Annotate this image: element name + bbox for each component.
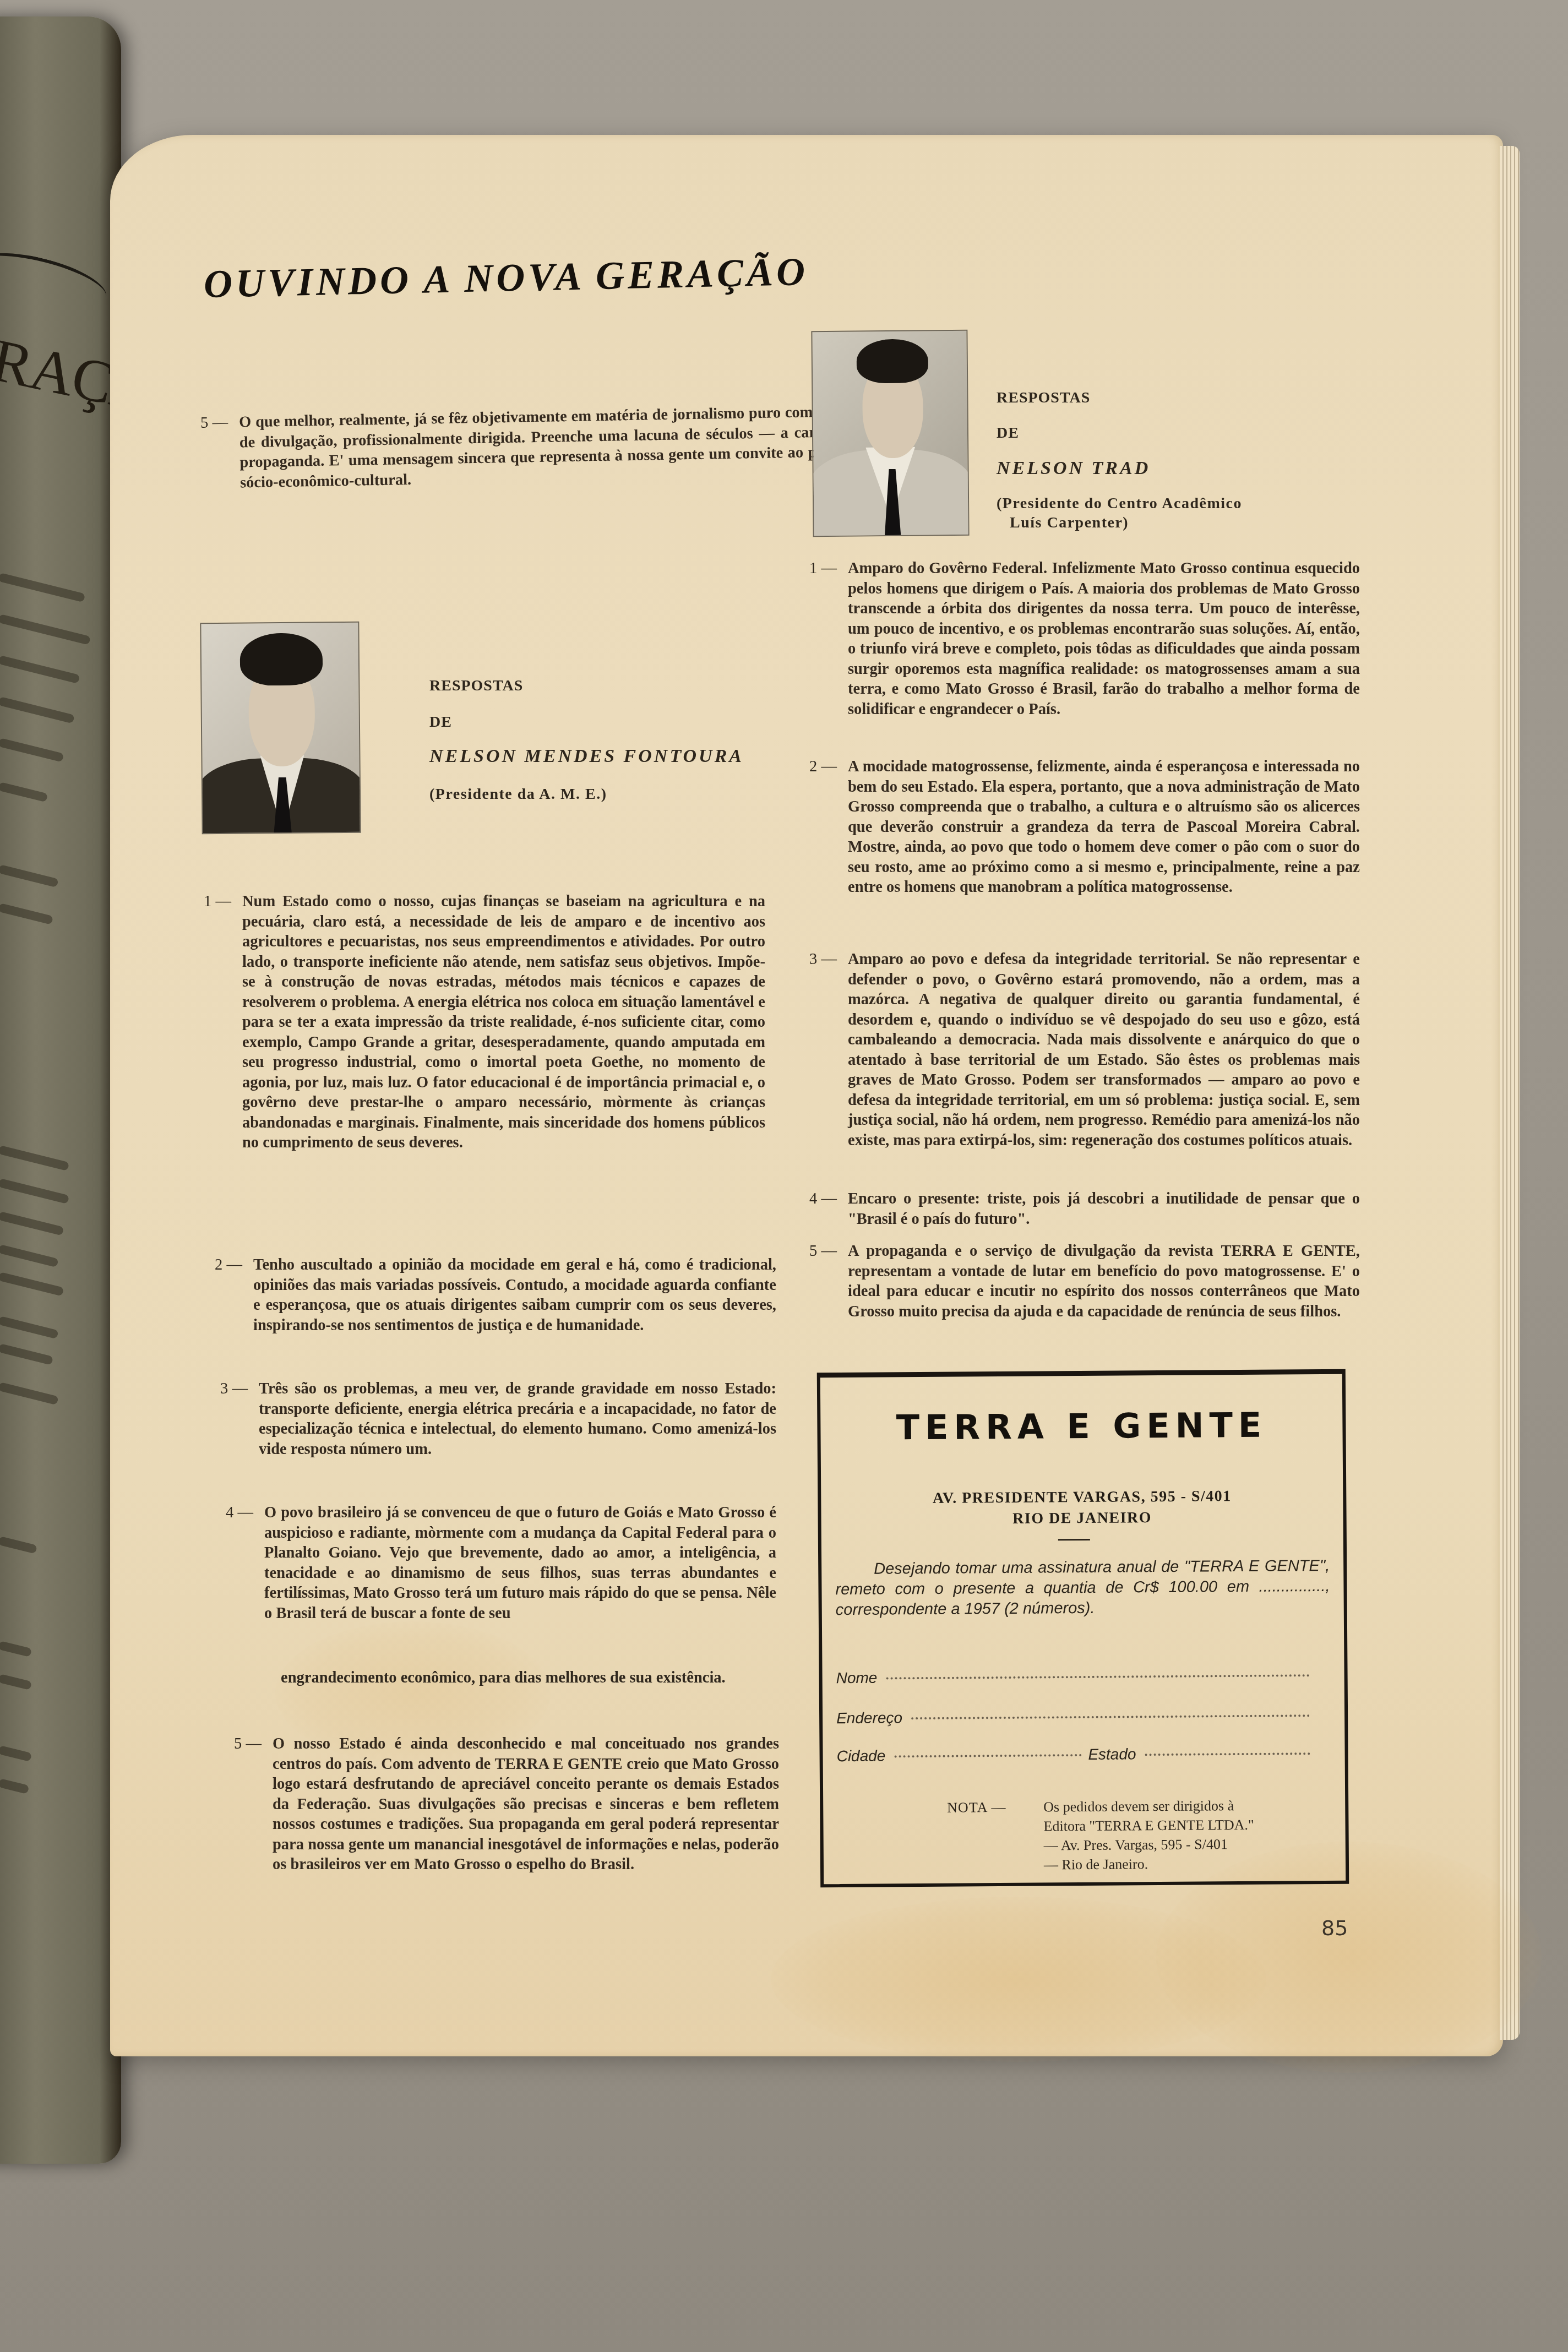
endereco-field[interactable]: Endereço	[836, 1706, 1310, 1727]
answer-number: 4 —	[226, 1503, 264, 1624]
left-page-text-fragment	[0, 1145, 69, 1171]
cidade-label: Cidade	[837, 1747, 886, 1766]
answer-number: 3 —	[220, 1379, 259, 1460]
answer-text: Tenho auscultado a opinião da mocidade e…	[253, 1255, 776, 1336]
cidade-estado-field[interactable]: Cidade Estado	[837, 1744, 1310, 1765]
answer-text: A propaganda e o serviço de divulgação d…	[848, 1242, 1360, 1322]
answer-item: 1 — Num Estado como o nosso, cujas finan…	[204, 892, 765, 1153]
portrait-photo-trad	[811, 330, 969, 537]
left-page-text-fragment	[0, 782, 48, 802]
answer-text: O nosso Estado é ainda desconhecido e ma…	[273, 1734, 779, 1875]
left-page-text-fragment	[0, 1745, 32, 1762]
article-title: OUVINDO A NOVA GERAÇÃO	[203, 249, 809, 307]
left-facing-page: RAÇÃO	[0, 17, 121, 2164]
magazine-brand: TERRA E GENTE	[820, 1404, 1342, 1449]
respondent-name: NELSON MENDES FONTOURA	[429, 746, 744, 767]
de-label: DE	[997, 424, 1019, 442]
estado-blank[interactable]	[1145, 1752, 1310, 1756]
nome-blank[interactable]	[886, 1674, 1309, 1679]
nota-line: — Rio de Janeiro.	[1044, 1853, 1308, 1874]
order-note: NOTA — Os pedidos devem ser dirigidos à …	[947, 1795, 1308, 1875]
left-page-text-fragment	[0, 903, 53, 925]
answer-item: 5 — O nosso Estado é ainda desconhecido …	[234, 1734, 779, 1875]
left-page-text-fragment	[0, 738, 64, 763]
subscription-coupon: TERRA E GENTE AV. PRESIDENTE VARGAS, 595…	[817, 1369, 1349, 1888]
answer-number: 2 —	[215, 1255, 253, 1336]
answer-number: 5 —	[200, 412, 241, 493]
answer-item: 5 — A propaganda e o serviço de divulgaç…	[809, 1242, 1360, 1322]
cidade-blank[interactable]	[894, 1754, 1081, 1757]
nota-line: — Av. Pres. Vargas, 595 - S/401	[1044, 1834, 1308, 1855]
answer-item: 1 — Amparo do Govêrno Federal. Infelizme…	[809, 559, 1360, 720]
article: OUVINDO A NOVA GERAÇÃO 5 — O que melhor,…	[110, 135, 1503, 2056]
estado-label: Estado	[1088, 1745, 1136, 1763]
answer-text: A mocidade matogrossense, felizmente, ai…	[848, 757, 1360, 898]
respostas-label: RESPOSTAS	[997, 389, 1090, 407]
answer-item: 2 — A mocidade matogrossense, felizmente…	[809, 757, 1360, 898]
answer-text: Amparo do Govêrno Federal. Infelizmente …	[848, 559, 1360, 720]
nome-field[interactable]: Nome	[836, 1666, 1310, 1687]
de-label: DE	[429, 714, 452, 731]
answer-number: 1 —	[204, 892, 242, 1153]
respondent-role: (Presidente do Centro Acadêmico	[997, 495, 1242, 513]
nota-line: Os pedidos devem ser dirigidos à	[1043, 1795, 1308, 1816]
answer-number: 1 —	[809, 559, 848, 720]
answer-continuation: engrandecimento econômico, para dias mel…	[281, 1668, 776, 1689]
page-number: 85	[1321, 1916, 1348, 1940]
left-page-text-fragment	[0, 1536, 37, 1554]
left-page-text-fragment	[0, 1178, 69, 1204]
publisher-city: RIO DE JANEIRO	[821, 1508, 1343, 1529]
left-page-text-fragment	[0, 1316, 59, 1339]
nota-label: NOTA —	[947, 1798, 1044, 1875]
respondent-name: NELSON TRAD	[997, 458, 1150, 479]
left-page-text-fragment	[0, 1674, 32, 1690]
respostas-label: RESPOSTAS	[429, 677, 523, 695]
nota-text: Os pedidos devem ser dirigidos à Editora…	[1043, 1795, 1308, 1874]
answer-item: 2 — Tenho auscultado a opinião da mocida…	[215, 1255, 776, 1336]
left-page-text-fragment	[0, 1244, 59, 1267]
left-page-text-fragment	[0, 655, 80, 684]
subscription-offer-text: Desejando tomar uma assinatura anual de …	[835, 1556, 1330, 1620]
answer-text: Num Estado como o nosso, cujas finanças …	[242, 892, 765, 1153]
left-page-text-fragment	[0, 1211, 64, 1236]
left-page-text-fragment	[0, 1778, 29, 1794]
answer-item: 4 — O povo brasileiro já se convenceu de…	[226, 1503, 776, 1624]
left-page-text-fragment	[0, 573, 85, 602]
left-page-text-fragment	[0, 696, 75, 723]
respondent-role-line2: Luís Carpenter)	[1010, 514, 1129, 532]
answer-number: 4 —	[809, 1189, 848, 1229]
answer-item: 4 — Encaro o presente: triste, pois já d…	[809, 1189, 1360, 1229]
endereco-blank[interactable]	[911, 1714, 1310, 1719]
answer-number: 5 —	[234, 1734, 273, 1875]
endereco-label: Endereço	[836, 1709, 902, 1727]
left-page-text-fragment	[0, 1641, 32, 1657]
answer-text: O que melhor, realmente, já se fêz objet…	[239, 401, 873, 493]
answer-item: 5 — O que melhor, realmente, já se fêz o…	[200, 401, 873, 493]
answer-number: 3 —	[809, 950, 848, 1151]
portrait-photo-fontoura	[200, 622, 361, 835]
answer-number: 2 —	[809, 757, 848, 898]
left-page-text-fragment	[0, 614, 91, 645]
answer-text: O povo brasileiro já se convenceu de que…	[264, 1503, 776, 1624]
magazine-page: OUVINDO A NOVA GERAÇÃO 5 — O que melhor,…	[110, 135, 1503, 2056]
divider	[1058, 1539, 1090, 1540]
answer-item: 3 — Três são os problemas, a meu ver, de…	[220, 1379, 776, 1460]
left-page-text-fragment	[0, 1343, 53, 1365]
left-page-text-fragment	[0, 1272, 64, 1297]
left-page-title-fragment: RAÇÃO	[0, 325, 121, 436]
nota-line: Editora "TERRA E GENTE LTDA."	[1043, 1815, 1308, 1836]
answer-number: 5 —	[809, 1242, 848, 1322]
answer-text: Encaro o presente: triste, pois já desco…	[848, 1189, 1360, 1229]
respondent-role: (Presidente da A. M. E.)	[429, 786, 607, 803]
answer-text: Três são os problemas, a meu ver, de gra…	[259, 1379, 776, 1460]
answer-text: Amparo ao povo e defesa da integridade t…	[848, 950, 1360, 1151]
publisher-address: AV. PRESIDENTE VARGAS, 595 - S/401	[821, 1487, 1343, 1509]
nome-label: Nome	[836, 1669, 878, 1687]
left-page-text-fragment	[0, 864, 59, 888]
answer-item: 3 — Amparo ao povo e defesa da integrida…	[809, 950, 1360, 1151]
left-page-text-fragment	[0, 1382, 59, 1405]
